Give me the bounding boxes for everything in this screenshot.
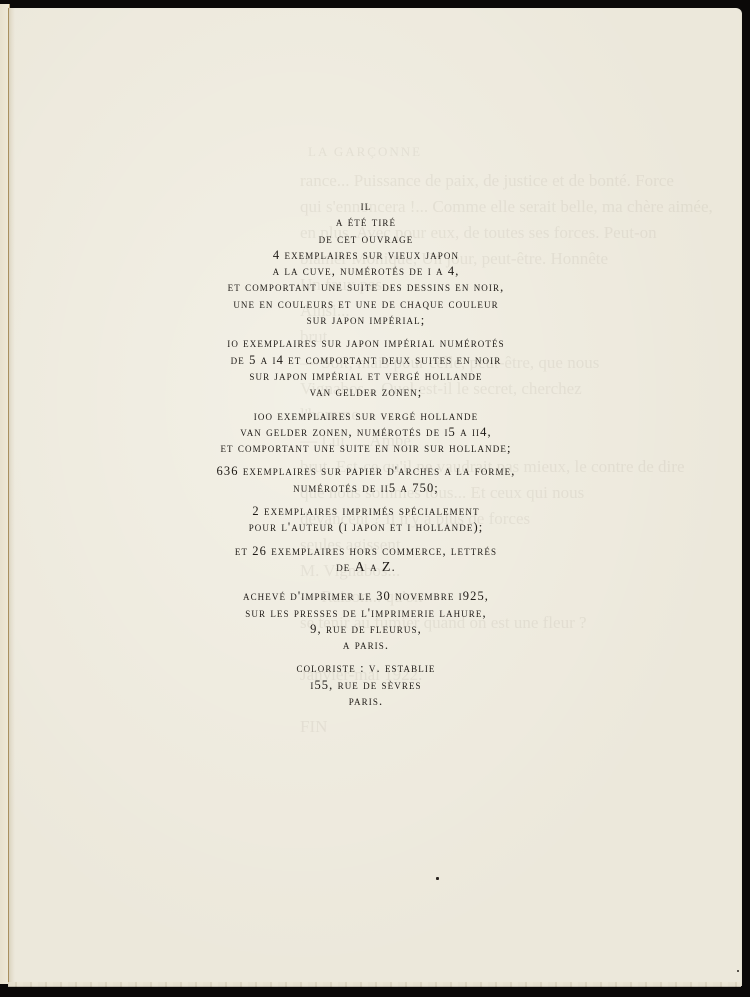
- deckle-edge: [8, 982, 741, 987]
- colophon-line: 2 EXEMPLAIRES IMPRIMÉS SPÉCIALEMENT: [200, 503, 532, 519]
- colophon-line: ET COMPORTANT UNE SUITE EN NOIR SUR HOLL…: [200, 440, 532, 456]
- colophon-line: 636 EXEMPLAIRES SUR PAPIER D'ARCHES A LA…: [200, 463, 532, 479]
- colophon-paragraph: 2 EXEMPLAIRES IMPRIMÉS SPÉCIALEMENTPOUR …: [200, 503, 532, 536]
- colophon-paragraph: 636 EXEMPLAIRES SUR PAPIER D'ARCHES A LA…: [200, 463, 532, 496]
- paper-speck: [436, 877, 439, 880]
- colophon-paragraph: ET 26 EXEMPLAIRES HORS COMMERCE, LETTRÉS…: [200, 543, 532, 577]
- colophon-paragraph: IO EXEMPLAIRES SUR JAPON IMPÉRIAL NUMÉRO…: [200, 335, 532, 400]
- colophon-line: ET 26 EXEMPLAIRES HORS COMMERCE, LETTRÉS: [200, 543, 532, 559]
- colophon-line: IO EXEMPLAIRES SUR JAPON IMPÉRIAL NUMÉRO…: [200, 335, 532, 351]
- scanned-book-page: LA GARÇONNE rance... Puissance de paix, …: [0, 0, 750, 997]
- colophon-line: COLORISTE : V. ESTABLIE: [200, 660, 532, 676]
- colophon-line: SUR LES PRESSES DE L'IMPRIMERIE LAHURE,: [200, 605, 532, 621]
- colophon-line: IOO EXEMPLAIRES SUR VERGÉ HOLLANDE: [200, 408, 532, 424]
- colophon-line: 4 EXEMPLAIRES SUR VIEUX JAPON: [200, 247, 532, 263]
- colophon-line: VAN GELDER ZONEN, NUMÉROTÉS DE I5 A II4,: [200, 424, 532, 440]
- colophon-line: 9, RUE DE FLEURUS,: [200, 621, 532, 637]
- colophon-line: ET COMPORTANT UNE SUITE DES DESSINS EN N…: [200, 279, 532, 295]
- colophon-line: NUMÉROTÉS DE II5 A 750;: [200, 480, 532, 496]
- colophon-line: de A a Z.: [200, 559, 532, 576]
- colophon-paragraph: ACHEVÉ D'IMPRIMER LE 30 NOVEMBRE I925,SU…: [200, 588, 532, 653]
- colophon-line: SUR JAPON IMPÉRIAL ET VERGÉ HOLLANDE: [200, 368, 532, 384]
- colophon-line: POUR L'AUTEUR (I JAPON ET I HOLLANDE);: [200, 519, 532, 535]
- colophon-line: A LA CUVE, NUMÉROTÉS DE I A 4,: [200, 263, 532, 279]
- colophon-line: IL: [200, 198, 532, 214]
- colophon-line: VAN GELDER ZONEN;: [200, 384, 532, 400]
- colophon: ILA ÉTÉ TIRÉDE CET OUVRAGE4 EXEMPLAIRES …: [200, 198, 532, 716]
- colophon-line: PARIS.: [200, 693, 532, 709]
- colophon-paragraph: IOO EXEMPLAIRES SUR VERGÉ HOLLANDEVAN GE…: [200, 408, 532, 457]
- colophon-line: DE CET OUVRAGE: [200, 231, 532, 247]
- colophon-paragraph: ILA ÉTÉ TIRÉDE CET OUVRAGE4 EXEMPLAIRES …: [200, 198, 532, 328]
- colophon-line: I55, RUE DE SÈVRES: [200, 677, 532, 693]
- colophon-line: UNE EN COULEURS ET UNE DE CHAQUE COULEUR: [200, 296, 532, 312]
- colophon-line: A ÉTÉ TIRÉ: [200, 214, 532, 230]
- colophon-paragraph: COLORISTE : V. ESTABLIEI55, RUE DE SÈVRE…: [200, 660, 532, 709]
- colophon-line: DE 5 A I4 ET COMPORTANT DEUX SUITES EN N…: [200, 352, 532, 368]
- colophon-line: SUR JAPON IMPÉRIAL;: [200, 312, 532, 328]
- colophon-line: A PARIS.: [200, 637, 532, 653]
- paper-speck: [737, 970, 739, 972]
- colophon-line: ACHEVÉ D'IMPRIMER LE 30 NOVEMBRE I925,: [200, 588, 532, 604]
